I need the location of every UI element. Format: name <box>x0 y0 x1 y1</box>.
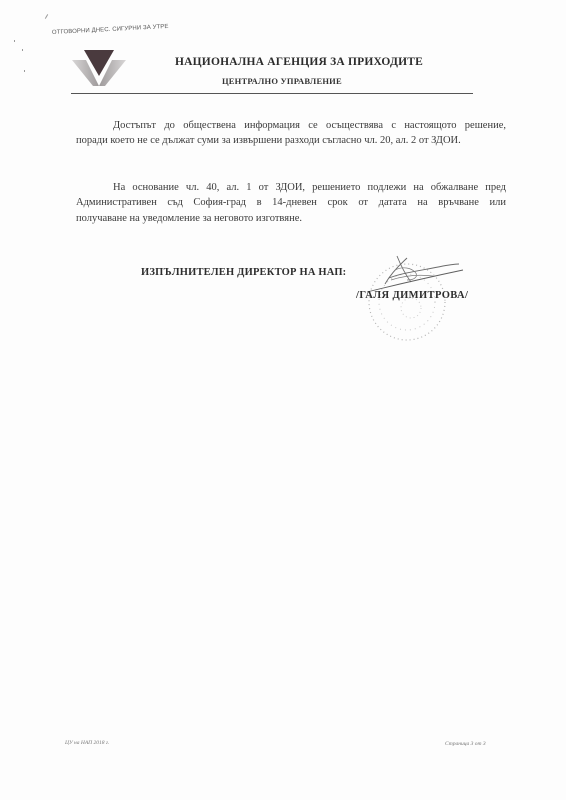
agency-tagline: ОТГОВОРНИ ДНЕС. СИГУРНИ ЗА УТРЕ <box>52 24 169 36</box>
paragraph-line: поради което не се дължат суми за извърш… <box>76 133 506 148</box>
paragraph-line: Достъпът до обществена информация се осъ… <box>76 118 506 133</box>
footer-office: ЦУ на НАП 2018 г. <box>65 740 109 746</box>
scan-speck <box>24 70 25 72</box>
handwritten-signature-icon <box>345 252 475 352</box>
scan-speck <box>45 14 48 19</box>
paragraph-line: Административен съд София-град в 14-днев… <box>76 195 506 210</box>
scan-speck <box>22 49 23 51</box>
header-divider <box>71 93 473 94</box>
paragraph-access-info: Достъпът до обществена информация се осъ… <box>76 118 506 149</box>
department-subtitle: ЦЕНТРАЛНО УПРАВЛЕНИЕ <box>222 76 342 86</box>
paragraph-line: получаване на уведомление за неговото из… <box>76 211 506 226</box>
round-stamp-icon <box>345 252 475 352</box>
paragraph-appeal-info: На основание чл. 40, ал. 1 от ЗДОИ, реше… <box>76 180 506 226</box>
nap-triangle-logo-icon <box>72 50 126 88</box>
signer-title: ИЗПЪЛНИТЕЛЕН ДИРЕКТОР НА НАП: <box>141 267 346 278</box>
scan-speck <box>14 40 15 42</box>
document-page: ОТГОВОРНИ ДНЕС. СИГУРНИ ЗА УТРЕ НАЦИОНАЛ… <box>0 0 566 800</box>
footer-page-number: Страница 3 от 3 <box>445 741 486 747</box>
signer-name: /ГАЛЯ ДИМИТРОВА/ <box>356 290 468 301</box>
organization-title: НАЦИОНАЛНА АГЕНЦИЯ ЗА ПРИХОДИТЕ <box>175 56 423 68</box>
paragraph-line: На основание чл. 40, ал. 1 от ЗДОИ, реше… <box>76 180 506 195</box>
